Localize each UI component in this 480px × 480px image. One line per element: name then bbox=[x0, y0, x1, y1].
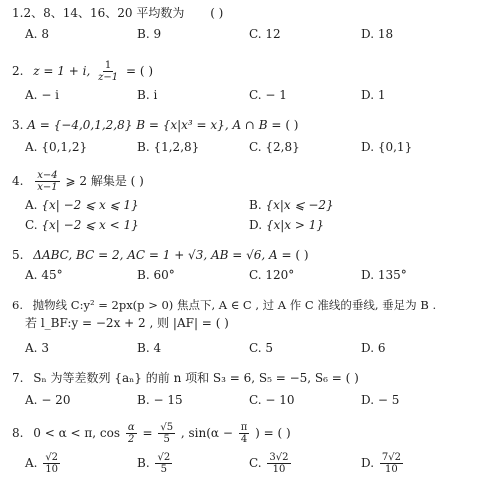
question-text: ⩾ 2 解集是 bbox=[66, 174, 127, 188]
question-8-option-b: B. √25 bbox=[137, 452, 174, 475]
question-3-option-b: B. {1,2,8} bbox=[137, 140, 199, 154]
question-6-stem-line-2: 若 l_BF:y = −2x + 2 , 则 |AF| = ( ) bbox=[25, 316, 229, 330]
answer-blank: ( ) bbox=[285, 118, 298, 132]
question-2-stem: 2. z = 1 + i, 1z−1 = ( ) bbox=[12, 60, 153, 83]
question-text: 2、8、14、16、20 平均数为 bbox=[23, 6, 184, 20]
fraction: π4 bbox=[239, 422, 250, 445]
question-number: 8. bbox=[12, 426, 23, 440]
fraction: √55 bbox=[158, 422, 175, 445]
question-3-stem: 3. A = {−4,0,1,2,8} B = {x|x³ = x}, A ∩ … bbox=[12, 118, 299, 132]
question-text: 0 < α < π, cos bbox=[33, 426, 120, 440]
question-2-option-a: A. − i bbox=[25, 88, 59, 102]
question-6-option-a: A. 3 bbox=[25, 341, 49, 355]
question-4-option-b: B. {x|x ⩽ −2} bbox=[249, 198, 334, 212]
question-3-option-c: C. {2,8} bbox=[249, 140, 300, 154]
question-4-option-d: D. {x|x > 1} bbox=[249, 218, 324, 232]
answer-blank: ( ) bbox=[346, 371, 359, 385]
question-number: 1. bbox=[12, 6, 23, 20]
question-text: A = {−4,0,1,2,8} B = {x|x³ = x}, A ∩ B = bbox=[27, 118, 281, 132]
question-7-option-b: B. − 15 bbox=[137, 393, 183, 407]
question-4-stem: 4. x−4x−1 ⩾ 2 解集是 ( ) bbox=[12, 170, 144, 193]
question-number: 4. bbox=[12, 174, 23, 188]
question-number: 2. bbox=[12, 64, 23, 78]
question-1-stem: 1.2、8、14、16、20 平均数为 ( ) bbox=[12, 6, 223, 20]
question-2-option-c: C. − 1 bbox=[249, 88, 287, 102]
question-5-option-b: B. 60° bbox=[137, 268, 175, 282]
answer-blank: ( ) bbox=[210, 6, 223, 20]
question-6-option-d: D. 6 bbox=[361, 341, 385, 355]
question-4-option-a: A. {x| −2 ⩽ x ⩽ 1} bbox=[25, 198, 139, 212]
question-text: z = 1 + i, bbox=[33, 64, 90, 78]
question-3-option-d: D. {0,1} bbox=[361, 140, 412, 154]
answer-blank: ( ) bbox=[140, 64, 153, 78]
question-1-option-c: C. 12 bbox=[249, 27, 281, 41]
question-text: 若 l_BF:y = −2x + 2 , 则 |AF| = bbox=[25, 316, 212, 330]
question-7-option-d: D. − 5 bbox=[361, 393, 399, 407]
fraction: α2 bbox=[126, 422, 137, 445]
question-number: 6. bbox=[12, 298, 23, 312]
question-2-option-b: B. i bbox=[137, 88, 157, 102]
question-7-option-a: A. − 20 bbox=[25, 393, 70, 407]
question-number: 3. bbox=[12, 118, 23, 132]
question-3-option-a: A. {0,1,2} bbox=[25, 140, 87, 154]
fraction: x−4x−1 bbox=[35, 170, 59, 193]
question-number: 7. bbox=[12, 371, 23, 385]
question-1-option-d: D. 18 bbox=[361, 27, 393, 41]
question-text: 抛物线 C:y² = 2px(p > 0) 焦点下, A ∈ C , 过 A 作… bbox=[33, 298, 436, 312]
question-6-stem: 6. 抛物线 C:y² = 2px(p > 0) 焦点下, A ∈ C , 过 … bbox=[12, 298, 436, 312]
question-5-option-a: A. 45° bbox=[25, 268, 63, 282]
answer-blank: ( ) bbox=[216, 316, 229, 330]
question-5-option-d: D. 135° bbox=[361, 268, 407, 282]
question-number: 5. bbox=[12, 248, 23, 262]
question-text: ΔABC, BC = 2, AC = 1 + √3, AB = √6, A = bbox=[33, 248, 291, 262]
question-1-option-a: A. 8 bbox=[25, 27, 49, 41]
question-8-option-a: A. √210 bbox=[25, 452, 62, 475]
answer-blank: ( ) bbox=[278, 426, 291, 440]
question-5-stem: 5. ΔABC, BC = 2, AC = 1 + √3, AB = √6, A… bbox=[12, 248, 309, 262]
question-text: Sₙ 为等差数列 {aₙ} 的前 n 项和 S₃ = 6, S₅ = −5, S… bbox=[33, 371, 342, 385]
answer-blank: ( ) bbox=[295, 248, 308, 262]
question-1-option-b: B. 9 bbox=[137, 27, 161, 41]
question-4-option-c: C. {x| −2 ⩽ x < 1} bbox=[25, 218, 139, 232]
question-6-option-b: B. 4 bbox=[137, 341, 161, 355]
answer-blank: ( ) bbox=[131, 174, 144, 188]
question-2-option-d: D. 1 bbox=[361, 88, 385, 102]
question-7-stem: 7. Sₙ 为等差数列 {aₙ} 的前 n 项和 S₃ = 6, S₅ = −5… bbox=[12, 371, 359, 385]
question-8-option-d: D. 7√210 bbox=[361, 452, 405, 475]
question-7-option-c: C. − 10 bbox=[249, 393, 295, 407]
question-8-option-c: C. 3√210 bbox=[249, 452, 293, 475]
fraction: 1z−1 bbox=[96, 60, 120, 83]
question-5-option-c: C. 120° bbox=[249, 268, 294, 282]
question-8-stem: 8. 0 < α < π, cos α2 = √55 , sin(α − π4 … bbox=[12, 422, 291, 445]
question-6-option-c: C. 5 bbox=[249, 341, 273, 355]
